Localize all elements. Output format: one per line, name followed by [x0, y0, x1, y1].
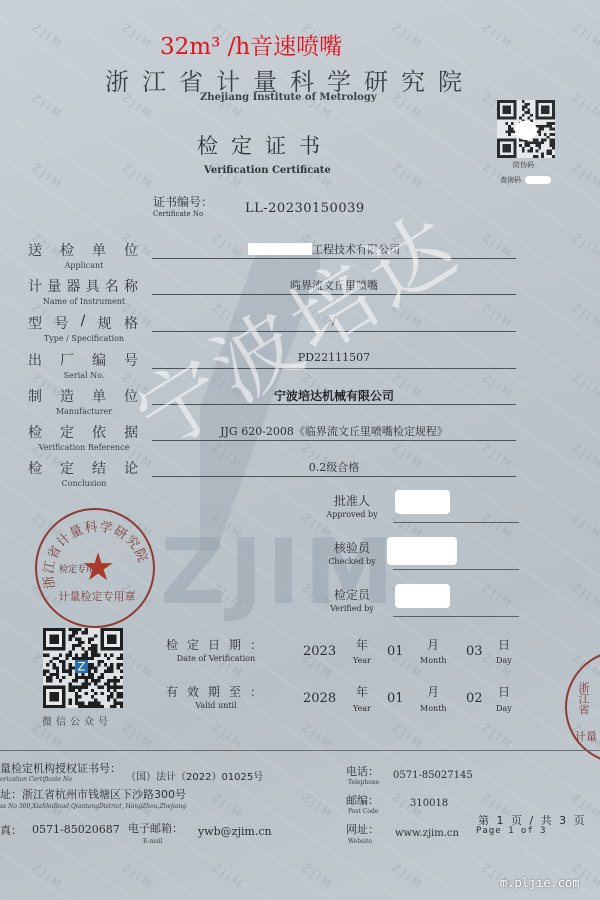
pattern-text: ZJIM — [569, 21, 600, 52]
month-unit-en: Month — [420, 656, 447, 665]
footer-divider — [0, 750, 600, 751]
verification-date-label: 检定日期： — [166, 636, 271, 653]
field-label: 计量器具名称 — [28, 276, 138, 296]
month-unit: 月 — [427, 636, 439, 653]
day-unit-en: Day — [496, 656, 512, 665]
field-label-char: 检 — [28, 422, 42, 442]
pattern-text: ZJIM — [569, 161, 600, 192]
field-label-char: 送 — [28, 240, 42, 260]
signature-label-en: Checked by — [315, 557, 389, 566]
redacted-signature — [387, 537, 457, 565]
anti-counterfeit-qr-code — [497, 100, 555, 158]
partial-seal-text: 浙江省 — [575, 682, 591, 715]
query-code-label: 查询码 — [500, 175, 551, 185]
field-label-char: / — [81, 313, 86, 333]
day-unit: 日 — [498, 636, 510, 653]
day-unit-en-2: Day — [496, 704, 512, 713]
site-watermark: m.pljie.com — [500, 876, 579, 890]
pattern-text: ZJIM — [119, 161, 156, 192]
postcode-label: 邮编： — [346, 792, 379, 808]
month-unit-2: 月 — [427, 683, 439, 700]
valid-until-year: 2028 — [303, 691, 336, 706]
pattern-text: ZJIM — [209, 721, 246, 752]
pattern-text: ZJIM — [569, 371, 600, 402]
valid-until-day: 02 — [466, 691, 483, 706]
product-title: 32m³ /h音速喷嘴 — [160, 28, 342, 61]
telephone-label-en: Telephone — [348, 779, 379, 786]
pattern-text: ZJIM — [29, 91, 66, 122]
pattern-text: ZJIM — [299, 861, 336, 892]
institute-name-en: Zhejiang Institute of Metrology — [200, 92, 377, 103]
field-label-char: 格 — [124, 313, 138, 333]
postcode-value: 310018 — [410, 798, 448, 809]
pattern-text: ZJIM — [29, 161, 66, 192]
year-unit: 年 — [356, 636, 368, 653]
field-label-char: 名 — [105, 276, 119, 296]
field-label-en: Manufacturer — [30, 407, 138, 416]
certificate-title-cn: 检定证书 — [197, 130, 333, 160]
certificate-no-value: LL-20230150039 — [245, 201, 365, 216]
pattern-text: ZJIM — [29, 21, 66, 52]
pattern-text: ZJIM — [119, 21, 156, 52]
pattern-text: ZJIM — [479, 21, 516, 52]
field-label-char: 检 — [28, 458, 42, 478]
star-icon: ★ — [81, 548, 115, 586]
month-unit-en-2: Month — [420, 704, 447, 713]
fax-label: 真： — [0, 822, 22, 838]
field-label-char: 据 — [124, 422, 138, 442]
field-label: 型号/规格 — [28, 313, 138, 333]
field-label-en: Name of Instrument — [30, 297, 138, 306]
authorization-label-en: orization Certificate No — [0, 776, 72, 783]
pattern-text: ZJIM — [299, 721, 336, 752]
field-label-char: 定 — [60, 458, 74, 478]
certificate-no-label: 证书编号： — [153, 193, 213, 210]
day-unit-2: 日 — [498, 683, 510, 700]
pattern-text: ZJIM — [569, 581, 600, 612]
signature-label-en: Approved by — [315, 510, 389, 519]
field-label-en: Verification Reference — [30, 443, 138, 452]
telephone-label: 电话： — [346, 763, 379, 779]
year-unit-2: 年 — [356, 683, 368, 700]
verification-date-label-en: Date of Verification — [170, 654, 262, 663]
partial-seal-right: 浙江省 计量 — [565, 650, 600, 764]
field-label-char: 号 — [54, 313, 68, 333]
pattern-text: ZJIM — [389, 21, 426, 52]
official-seal: 浙江省计量科学研究院 检定专用章 ★ 计量检定专用章 — [35, 508, 155, 628]
valid-until-label-en: Valid until — [170, 701, 262, 710]
authorization-label: 量检定机构授权证书号： — [0, 760, 121, 776]
field-label: 检定结论 — [28, 458, 138, 478]
field-label-char: 论 — [124, 458, 138, 478]
pattern-text: ZJIM — [569, 231, 600, 262]
fax-value: 0571-85020687 — [32, 823, 120, 836]
valid-until-label: 有效期至： — [166, 683, 271, 700]
signature-line — [393, 616, 519, 617]
pattern-text: ZJIM — [569, 441, 600, 472]
field-label-char: 位 — [124, 240, 138, 260]
field-label-char: 具 — [86, 276, 100, 296]
address-text-en: ss No 300,XiaShaRoad,QiantangDistrict, H… — [0, 803, 186, 810]
field-label-char: 制 — [28, 386, 42, 406]
redacted-signature — [395, 584, 450, 608]
partial-seal-text-2: 计量 — [575, 728, 597, 744]
signature-label: 检定员 — [322, 586, 382, 603]
pattern-text: ZJIM — [209, 791, 246, 822]
email-link[interactable]: ywb@zjim.cn — [198, 825, 272, 838]
field-label-char: 规 — [98, 313, 112, 333]
year-unit-en-2: Year — [353, 704, 371, 713]
pattern-text: ZJIM — [389, 721, 426, 752]
field-label-char: 计 — [28, 276, 42, 296]
field-label-en: Conclusion — [30, 479, 138, 488]
email-label: 电子邮箱： — [128, 820, 183, 836]
field-label-char: 编 — [92, 350, 106, 370]
valid-until-month: 01 — [387, 691, 404, 706]
address-text: 址：浙江省杭州市钱塘区下沙路300号 — [0, 786, 186, 802]
certificate-title-en: Verification Certificate — [204, 165, 331, 176]
certificate-no-label-en: Certificate No — [153, 210, 203, 218]
svg-text:Z: Z — [78, 661, 86, 674]
redacted-signature — [395, 490, 450, 514]
page-indicator-en: Page 1 of 3 — [476, 826, 547, 836]
field-underline — [152, 476, 516, 477]
signature-label: 批准人 — [322, 492, 382, 509]
field-label-char: 单 — [92, 240, 106, 260]
year-unit-en: Year — [353, 656, 371, 665]
field-value: 0.2级合格 — [152, 459, 516, 475]
pattern-text: ZJIM — [569, 91, 600, 122]
pattern-text: ZJIM — [299, 791, 336, 822]
pattern-text: ZJIM — [119, 861, 156, 892]
website-link[interactable]: www.zjim.cn — [395, 828, 459, 839]
signature-line — [393, 569, 519, 570]
anti-fake-code-label: 防伪码 — [513, 160, 534, 170]
pattern-text: ZJIM — [29, 861, 66, 892]
signature-label: 核验员 — [322, 539, 382, 556]
field-label-en: Applicant — [30, 261, 138, 270]
field-label-char: 量 — [47, 276, 61, 296]
field-label-char: 称 — [124, 276, 138, 296]
field-label-char: 单 — [92, 386, 106, 406]
pattern-text: ZJIM — [479, 511, 516, 542]
verification-month: 01 — [387, 644, 404, 659]
authorization-value: （国）法计（2022）01025号 — [126, 768, 263, 783]
field-label: 送检单位 — [28, 240, 138, 260]
website-label: 网址： — [346, 821, 379, 837]
email-label-en: E-mail — [143, 838, 163, 845]
postcode-label-en: Post Code — [348, 808, 378, 815]
signature-label-en: Verified by — [315, 604, 389, 613]
pattern-text: ZJIM — [479, 721, 516, 752]
verification-year: 2023 — [303, 644, 336, 659]
telephone-value: 0571-85027145 — [393, 770, 473, 781]
wechat-official-account-label: 微信公众号 — [42, 713, 112, 728]
seal-bottom-text: 计量检定专用章 — [57, 588, 137, 604]
field-label-char: 器 — [66, 276, 80, 296]
pattern-text: ZJIM — [569, 511, 600, 542]
pattern-text: ZJIM — [209, 861, 246, 892]
query-code-redacted — [525, 176, 551, 184]
website-label-en: Website — [348, 838, 372, 845]
field-label-char: 定 — [60, 422, 74, 442]
field-label-en: Type / Specification — [30, 334, 138, 343]
query-code-text: 查询码 — [500, 176, 521, 184]
pattern-text: ZJIM — [569, 301, 600, 332]
pattern-text: ZJIM — [389, 861, 426, 892]
field-label-char: 造 — [60, 386, 74, 406]
pattern-text: ZJIM — [119, 721, 156, 752]
field-label-char: 型 — [28, 313, 42, 333]
pattern-text: ZJIM — [479, 581, 516, 612]
field-label-char: 依 — [92, 422, 106, 442]
signature-line — [393, 522, 519, 523]
field-label-char: 检 — [60, 240, 74, 260]
field-label-char: 厂 — [60, 350, 74, 370]
field-label-char: 结 — [92, 458, 106, 478]
verification-day: 03 — [466, 644, 483, 659]
field-label-char: 出 — [28, 350, 42, 370]
wechat-qr-code: Z — [40, 628, 126, 708]
field-label: 检定依据 — [28, 422, 138, 442]
